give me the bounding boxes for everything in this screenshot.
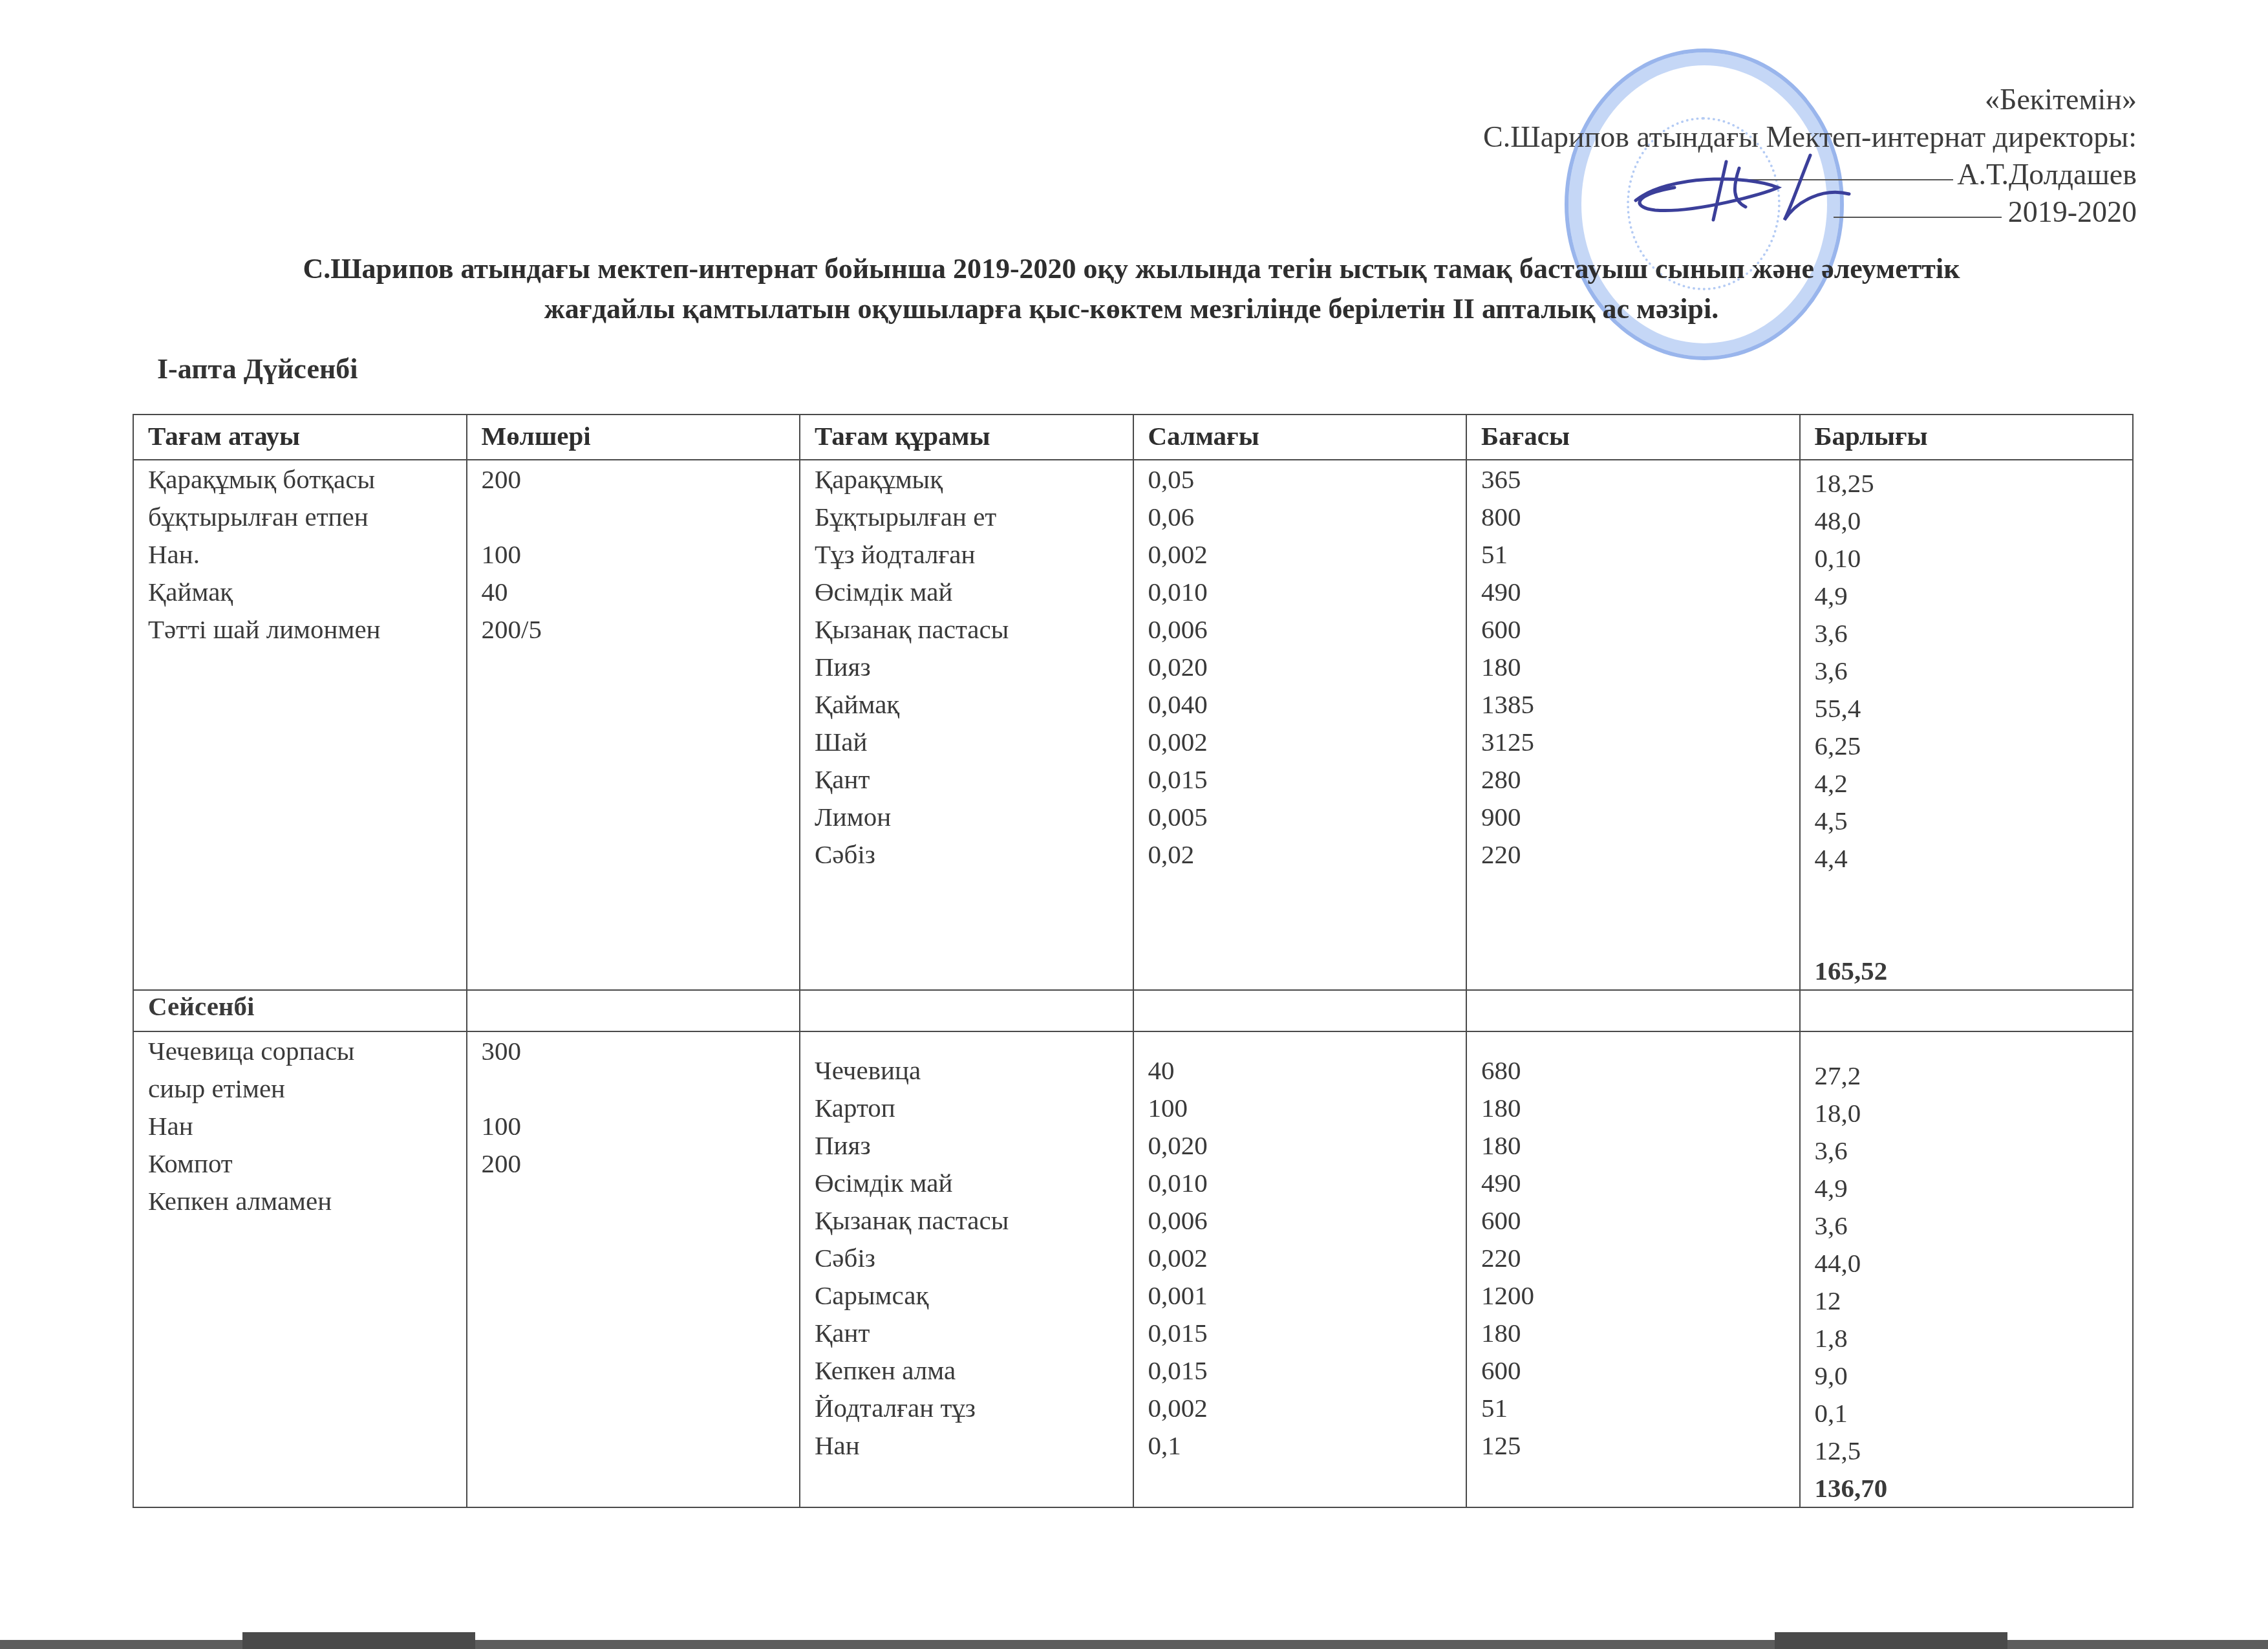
ingredients-cell: ҚарақұмықБұқтырылған етТұз йодталғанӨсім… xyxy=(800,460,1133,990)
cell-line: 18,25 xyxy=(1815,464,2133,502)
cell-line xyxy=(1815,877,2133,914)
cell-line: 365 xyxy=(1481,460,1799,498)
cell-line: 600 xyxy=(1481,1202,1799,1239)
prices-cell: 680180180490600220120018060051125 xyxy=(1466,1031,1800,1507)
header-portion: Мөлшері xyxy=(467,415,800,460)
empty-cell xyxy=(1466,990,1800,1031)
cell-line: Компот xyxy=(148,1145,466,1182)
cell-line: 100 xyxy=(482,1107,800,1145)
day-label: Сейсенбі xyxy=(133,990,467,1031)
cell-line: бұқтырылған етпен xyxy=(148,498,466,535)
cell-line: Қарақұмық ботқасы xyxy=(148,460,466,498)
cell-line: 0,005 xyxy=(1148,798,1466,835)
cell-line: 0,002 xyxy=(1148,723,1466,760)
cell-line: 0,002 xyxy=(1148,1389,1466,1427)
cell-line: Қызанақ пастасы xyxy=(815,1202,1133,1239)
cell-line: 3,6 xyxy=(1815,614,2133,652)
cell-line: 4,9 xyxy=(1815,1169,2133,1207)
cell-line: 0,010 xyxy=(1148,1164,1466,1202)
cell-line: 4,4 xyxy=(1815,839,2133,877)
totals-cell: 18,2548,00,104,93,63,655,46,254,24,54,41… xyxy=(1800,460,2134,990)
cell-line: 44,0 xyxy=(1815,1244,2133,1282)
cell-line: Нан xyxy=(815,1427,1133,1464)
empty-cell xyxy=(800,990,1133,1031)
cell-line: 0,002 xyxy=(1148,535,1466,573)
cell-line: 0,015 xyxy=(1148,760,1466,798)
dish-names-cell: Чечевица сорпасысиыр етіменНанКомпотКепк… xyxy=(133,1031,467,1507)
cell-line: 600 xyxy=(1481,610,1799,648)
cell-line: 0,020 xyxy=(1148,648,1466,685)
totals-cell: 27,218,03,64,93,644,0121,89,00,112,5136,… xyxy=(1800,1031,2134,1507)
cell-line: 0,002 xyxy=(1148,1239,1466,1277)
grand-total: 165,52 xyxy=(1815,952,2133,989)
cell-line: Қарақұмық xyxy=(815,460,1133,498)
cell-line: 180 xyxy=(1481,1089,1799,1126)
cell-line: 680 xyxy=(1481,1051,1799,1089)
cell-line: 0,06 xyxy=(1148,498,1466,535)
cell-line xyxy=(482,498,800,535)
cell-line: Йодталған тұз xyxy=(815,1389,1133,1427)
empty-cell xyxy=(1133,990,1467,1031)
cell-line: Кепкен алмамен xyxy=(148,1182,466,1220)
cell-line: 12 xyxy=(1815,1282,2133,1319)
cell-line: Пияз xyxy=(815,1126,1133,1164)
cell-line: Кепкен алма xyxy=(815,1352,1133,1389)
header-price: Бағасы xyxy=(1466,415,1800,460)
cell-line: 1200 xyxy=(1481,1277,1799,1314)
cell-line: 600 xyxy=(1481,1352,1799,1389)
cell-line: 180 xyxy=(1481,648,1799,685)
day-header-row: Сейсенбі xyxy=(133,990,2133,1031)
director-name: А.Т.Долдашев xyxy=(1957,158,2137,191)
ingredients-cell: ЧечевицаКартопПиязӨсімдік майҚызанақ пас… xyxy=(800,1031,1133,1507)
cell-line: 3,6 xyxy=(1815,652,2133,689)
cell-line: 0,010 xyxy=(1148,573,1466,610)
cell-line: Шай xyxy=(815,723,1133,760)
cell-line: 1,8 xyxy=(1815,1319,2133,1357)
cell-line: Чечевица сорпасы xyxy=(148,1032,466,1070)
cell-line xyxy=(1815,914,2133,952)
approval-heading: «Бекітемін» xyxy=(1483,81,2137,118)
cell-line: 0,040 xyxy=(1148,685,1466,723)
grand-total: 136,70 xyxy=(1815,1469,2133,1507)
cell-line: 0,020 xyxy=(1148,1126,1466,1164)
cell-line: 0,015 xyxy=(1148,1352,1466,1389)
cell-line: Қаймақ xyxy=(148,573,466,610)
cell-line: Қант xyxy=(815,760,1133,798)
cell-line: 1385 xyxy=(1481,685,1799,723)
cell-line: 4,9 xyxy=(1815,577,2133,614)
title-line-1: С.Шарипов атындағы мектеп-интернат бойын… xyxy=(129,249,2134,289)
header-dish-name: Тағам атауы xyxy=(133,415,467,460)
table-header-row: Тағам атауы Мөлшері Тағам құрамы Салмағы… xyxy=(133,415,2133,460)
table-row: Қарақұмық ботқасыбұқтырылған етпенНан.Қа… xyxy=(133,460,2133,990)
week-day-label: І-апта Дүйсенбі xyxy=(157,352,358,385)
cell-line: 3,6 xyxy=(1815,1207,2133,1244)
cell-line: 200 xyxy=(482,1145,800,1182)
cell-line: Қаймақ xyxy=(815,685,1133,723)
cell-line: Тәтті шай лимонмен xyxy=(148,610,466,648)
title-line-2: жағдайлы қамтылатын оқушыларға қыс-көкте… xyxy=(129,289,2134,329)
cell-line: 3125 xyxy=(1481,723,1799,760)
cell-line: Өсімдік май xyxy=(815,573,1133,610)
menu-table: Тағам атауы Мөлшері Тағам құрамы Салмағы… xyxy=(133,414,2134,1508)
cell-line: 18,0 xyxy=(1815,1094,2133,1132)
cell-line: Қант xyxy=(815,1314,1133,1352)
scanner-edge xyxy=(0,1640,2268,1649)
cell-line: Лимон xyxy=(815,798,1133,835)
cell-line: 6,25 xyxy=(1815,727,2133,764)
cell-line xyxy=(482,1070,800,1107)
cell-line: 48,0 xyxy=(1815,502,2133,539)
empty-cell xyxy=(1800,990,2134,1031)
weights-cell: 0,050,060,0020,0100,0060,0200,0400,0020,… xyxy=(1133,460,1467,990)
empty-cell xyxy=(467,990,800,1031)
cell-line: 200 xyxy=(482,460,800,498)
cell-line: Бұқтырылған ет xyxy=(815,498,1133,535)
cell-line: Өсімдік май xyxy=(815,1164,1133,1202)
cell-line: Чечевица xyxy=(815,1051,1133,1089)
cell-line: Нан. xyxy=(148,535,466,573)
cell-line: 490 xyxy=(1481,1164,1799,1202)
cell-line: 0,02 xyxy=(1148,835,1466,873)
portions-cell: 300100200 xyxy=(467,1031,800,1507)
cell-line: 100 xyxy=(482,535,800,573)
cell-line: 9,0 xyxy=(1815,1357,2133,1394)
cell-line: Қызанақ пастасы xyxy=(815,610,1133,648)
document-title: С.Шарипов атындағы мектеп-интернат бойын… xyxy=(129,249,2134,329)
weights-cell: 401000,0200,0100,0060,0020,0010,0150,015… xyxy=(1133,1031,1467,1507)
cell-line: 4,2 xyxy=(1815,764,2133,802)
cell-line: 0,10 xyxy=(1815,539,2133,577)
cell-line: сиыр етімен xyxy=(148,1070,466,1107)
cell-line: 220 xyxy=(1481,1239,1799,1277)
cell-line: Сәбіз xyxy=(815,1239,1133,1277)
cell-line: 490 xyxy=(1481,573,1799,610)
cell-line: 800 xyxy=(1481,498,1799,535)
cell-line: 200/5 xyxy=(482,610,800,648)
cell-line: 900 xyxy=(1481,798,1799,835)
cell-line: 180 xyxy=(1481,1126,1799,1164)
cell-line: Картоп xyxy=(815,1089,1133,1126)
header-total: Барлығы xyxy=(1800,415,2134,460)
cell-line: 0,1 xyxy=(1148,1427,1466,1464)
cell-line: 51 xyxy=(1481,1389,1799,1427)
cell-line: 4,5 xyxy=(1815,802,2133,839)
prices-cell: 3658005149060018013853125280900220 xyxy=(1466,460,1800,990)
table-row: Чечевица сорпасысиыр етіменНанКомпотКепк… xyxy=(133,1031,2133,1507)
cell-line: 3,6 xyxy=(1815,1132,2133,1169)
cell-line: 0,006 xyxy=(1148,1202,1466,1239)
cell-line: 0,015 xyxy=(1148,1314,1466,1352)
header-weight: Салмағы xyxy=(1133,415,1467,460)
cell-line: 0,006 xyxy=(1148,610,1466,648)
cell-line: Нан xyxy=(148,1107,466,1145)
dish-names-cell: Қарақұмық ботқасыбұқтырылған етпенНан.Қа… xyxy=(133,460,467,990)
signature-icon xyxy=(1616,149,1862,226)
cell-line: 300 xyxy=(482,1032,800,1070)
cell-line: 100 xyxy=(1148,1089,1466,1126)
cell-line: 55,4 xyxy=(1815,689,2133,727)
cell-line: 51 xyxy=(1481,535,1799,573)
cell-line: 0,001 xyxy=(1148,1277,1466,1314)
cell-line: 0,1 xyxy=(1815,1394,2133,1432)
approval-year: 2019-2020 xyxy=(2008,195,2137,228)
cell-line: 0,05 xyxy=(1148,460,1466,498)
cell-line: 280 xyxy=(1481,760,1799,798)
header-ingredients: Тағам құрамы xyxy=(800,415,1133,460)
cell-line: 125 xyxy=(1481,1427,1799,1464)
portions-cell: 20010040200/5 xyxy=(467,460,800,990)
cell-line: 40 xyxy=(482,573,800,610)
cell-line: 27,2 xyxy=(1815,1057,2133,1094)
cell-line: Пияз xyxy=(815,648,1133,685)
cell-line: Сарымсақ xyxy=(815,1277,1133,1314)
cell-line: 40 xyxy=(1148,1051,1466,1089)
cell-line: 180 xyxy=(1481,1314,1799,1352)
cell-line: Тұз йодталған xyxy=(815,535,1133,573)
cell-line: Сәбіз xyxy=(815,835,1133,873)
cell-line: 12,5 xyxy=(1815,1432,2133,1469)
cell-line: 220 xyxy=(1481,835,1799,873)
